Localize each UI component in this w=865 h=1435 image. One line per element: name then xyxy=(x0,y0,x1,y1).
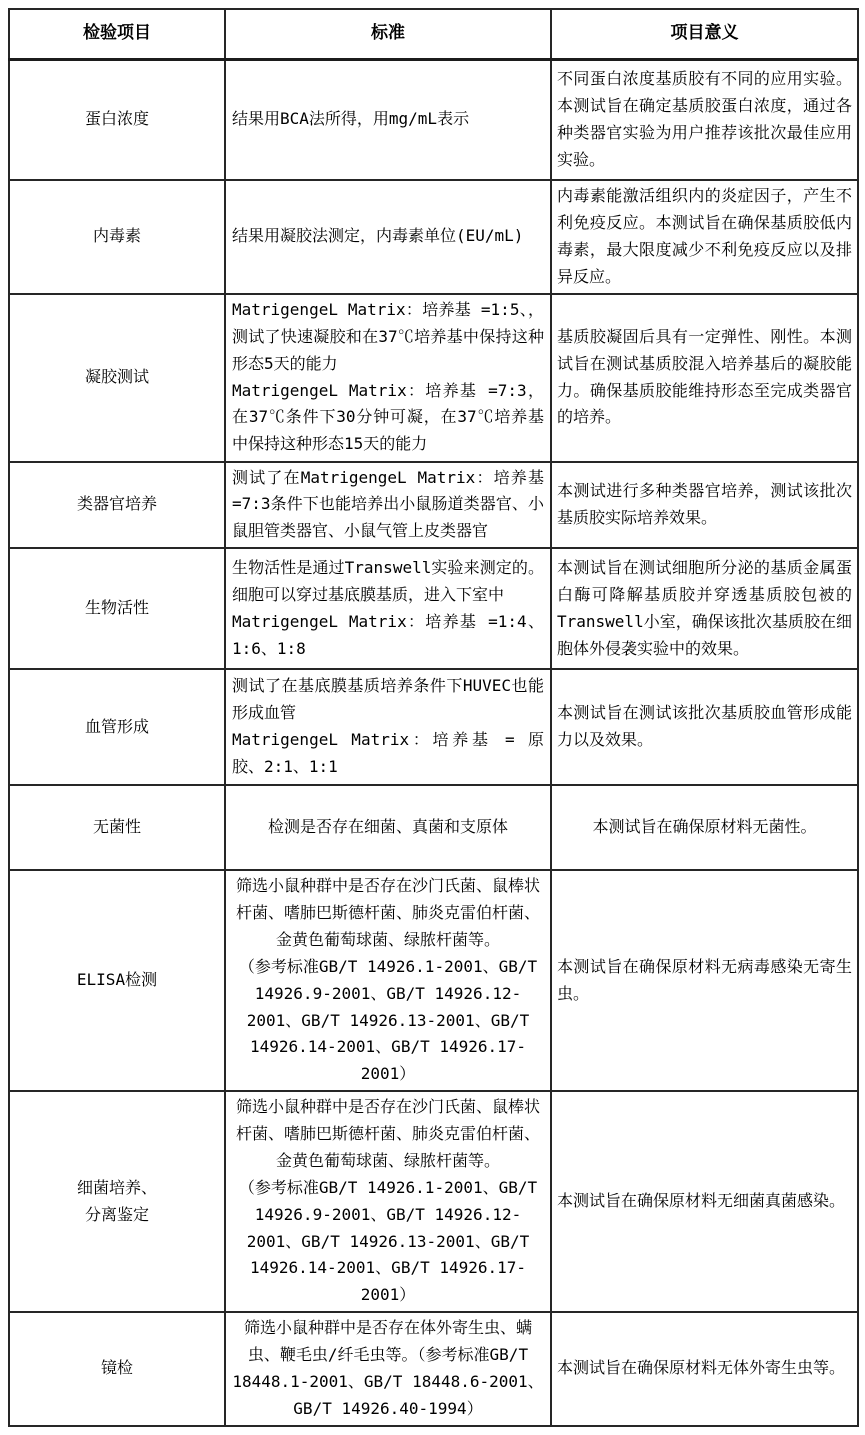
row-standard: 筛选小鼠种群中是否存在沙门氏菌、鼠棒状杆菌、嗜肺巴斯德杆菌、肺炎克雷伯杆菌、金黄… xyxy=(225,1091,551,1312)
row-significance: 本测试旨在测试该批次基质胶血管形成能力以及效果。 xyxy=(551,669,858,785)
header-significance: 项目意义 xyxy=(551,9,858,59)
header-row: 检验项目 标准 项目意义 xyxy=(9,9,858,59)
row-significance: 本测试旨在确保原材料无细菌真菌感染。 xyxy=(551,1091,858,1312)
row-significance: 不同蛋白浓度基质胶有不同的应用实验。本测试旨在确定基质胶蛋白浓度，通过各种类器官… xyxy=(551,59,858,180)
row-item: 无菌性 xyxy=(9,785,225,870)
table-row-gel-test: 凝胶测试 MatrigengeL Matrix：培养基 =1:5、，测试了快速凝… xyxy=(9,294,858,462)
row-item: 血管形成 xyxy=(9,669,225,785)
row-item: 生物活性 xyxy=(9,548,225,669)
table-row-bioactivity: 生物活性 生物活性是通过Transwell实验来测定的。细胞可以穿过基底膜基质，… xyxy=(9,548,858,669)
row-significance: 本测试旨在测试细胞所分泌的基质金属蛋白酶可降解基质胶并穿透基质胶包被的Trans… xyxy=(551,548,858,669)
row-significance: 内毒素能激活组织内的炎症因子，产生不利免疫反应。本测试旨在确保基质胶低内毒素，最… xyxy=(551,180,858,294)
table-row-angiogenesis: 血管形成 测试了在基底膜基质培养条件下HUVEC也能形成血管 Matrigeng… xyxy=(9,669,858,785)
row-standard: 筛选小鼠种群中是否存在体外寄生虫、螨虫、鞭毛虫/纤毛虫等。（参考标准GB/T 1… xyxy=(225,1312,551,1426)
row-significance: 本测试旨在确保原材料无病毒感染无寄生虫。 xyxy=(551,870,858,1091)
table-row-sterility: 无菌性 检测是否存在细菌、真菌和支原体 本测试旨在确保原材料无菌性。 xyxy=(9,785,858,870)
header-item: 检验项目 xyxy=(9,9,225,59)
row-standard: 结果用BCA法所得，用mg/mL表示 xyxy=(225,59,551,180)
row-item: 镜检 xyxy=(9,1312,225,1426)
row-standard: MatrigengeL Matrix：培养基 =1:5、，测试了快速凝胶和在37… xyxy=(225,294,551,462)
row-standard: 结果用凝胶法测定，内毒素单位(EU/mL) xyxy=(225,180,551,294)
row-significance: 本测试旨在确保原材料无菌性。 xyxy=(551,785,858,870)
document-page: 检验项目 标准 项目意义 蛋白浓度 结果用BCA法所得，用mg/mL表示 不同蛋… xyxy=(0,0,865,1435)
table-row-organoid-culture: 类器官培养 测试了在MatrigengeL Matrix：培养基 =7:3条件下… xyxy=(9,462,858,549)
row-standard: 检测是否存在细菌、真菌和支原体 xyxy=(225,785,551,870)
row-item: 蛋白浓度 xyxy=(9,59,225,180)
row-item: 内毒素 xyxy=(9,180,225,294)
row-significance: 基质胶凝固后具有一定弹性、刚性。本测试旨在测试基质胶混入培养基后的凝胶能力。确保… xyxy=(551,294,858,462)
qc-table: 检验项目 标准 项目意义 蛋白浓度 结果用BCA法所得，用mg/mL表示 不同蛋… xyxy=(8,8,859,1427)
table-row-bacteria-culture: 细菌培养、 分离鉴定 筛选小鼠种群中是否存在沙门氏菌、鼠棒状杆菌、嗜肺巴斯德杆菌… xyxy=(9,1091,858,1312)
row-significance: 本测试进行多种类器官培养，测试该批次基质胶实际培养效果。 xyxy=(551,462,858,549)
row-item: 细菌培养、 分离鉴定 xyxy=(9,1091,225,1312)
row-significance: 本测试旨在确保原材料无体外寄生虫等。 xyxy=(551,1312,858,1426)
table-row-elisa: ELISA检测 筛选小鼠种群中是否存在沙门氏菌、鼠棒状杆菌、嗜肺巴斯德杆菌、肺炎… xyxy=(9,870,858,1091)
row-standard: 测试了在基底膜基质培养条件下HUVEC也能形成血管 MatrigengeL Ma… xyxy=(225,669,551,785)
row-standard: 筛选小鼠种群中是否存在沙门氏菌、鼠棒状杆菌、嗜肺巴斯德杆菌、肺炎克雷伯杆菌、金黄… xyxy=(225,870,551,1091)
row-standard: 测试了在MatrigengeL Matrix：培养基 =7:3条件下也能培养出小… xyxy=(225,462,551,549)
header-standard: 标准 xyxy=(225,9,551,59)
table-row-endotoxin: 内毒素 结果用凝胶法测定，内毒素单位(EU/mL) 内毒素能激活组织内的炎症因子… xyxy=(9,180,858,294)
table-row-microscopy: 镜检 筛选小鼠种群中是否存在体外寄生虫、螨虫、鞭毛虫/纤毛虫等。（参考标准GB/… xyxy=(9,1312,858,1426)
row-item: 类器官培养 xyxy=(9,462,225,549)
row-item: 凝胶测试 xyxy=(9,294,225,462)
row-standard: 生物活性是通过Transwell实验来测定的。细胞可以穿过基底膜基质，进入下室中… xyxy=(225,548,551,669)
table-row-protein-concentration: 蛋白浓度 结果用BCA法所得，用mg/mL表示 不同蛋白浓度基质胶有不同的应用实… xyxy=(9,59,858,180)
row-item: ELISA检测 xyxy=(9,870,225,1091)
